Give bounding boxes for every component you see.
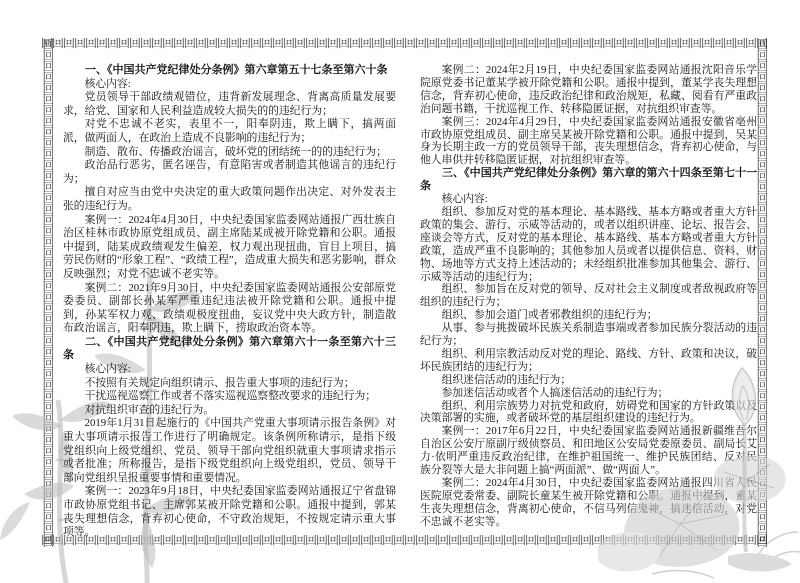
paragraph: 案例一：2024年4月30日，中央纪委国家监委网站通报广西壮族自治区桂林市政协原…: [63, 214, 396, 282]
paragraph: 案例三：2024年4月29日，中央纪委国家监委网站通报安徽省亳州市政协原党组成员…: [420, 116, 757, 168]
border-left-strip: 回回回回回回回回回回回回回回回回回回回回回回回回回回回回回回回回回回回回回回回回…: [41, 38, 53, 547]
paragraph: 组织迷信活动的违纪行为；: [420, 374, 757, 387]
paragraph: 核心内容:: [420, 193, 757, 206]
paragraph: 对党不忠诚不老实，表里不一，阳奉阴违，欺上瞒下，搞两面派，做两面人，在政治上造成…: [63, 118, 396, 145]
text-column-right: 案例二：2024年2月19日，中央纪委国家监委网站通报沈阳音乐学院原党委书记董某…: [420, 64, 757, 529]
paragraph: 组织、参加会道门或者邪教组织的违纪行为；: [420, 309, 757, 322]
paragraph: 组织、参加旨在反对党的领导、反对社会主义制度或者敌视政府等组织的违纪行为；: [420, 283, 757, 309]
paragraph: 核心内容:: [63, 78, 396, 92]
paragraph: 擅自对应当由党中央决定的重大政策问题作出决定、对外发表主张的违纪行为。: [63, 186, 396, 213]
paragraph: 案例二：2024年4月30日，中央纪委国家监委网站通报四川省人民医院原党委常委、…: [420, 477, 757, 529]
paragraph: 党员领导干部政绩观错位，违背新发展理念、背离高质量发展要求，给党、国家和人民利益…: [63, 91, 396, 118]
paragraph: 干扰巡视巡察工作或者不落实巡视巡察整改要求的违纪行为；: [63, 390, 396, 404]
section-heading: 三、《中国共产党纪律处分条例》第六章的第六十四条至第七十一条: [420, 167, 757, 193]
paragraph: 不按照有关规定向组织请示、报告重大事项的违纪行为；: [63, 377, 396, 391]
paragraph: 对抗组织审查的违纪行为。: [63, 404, 396, 418]
paragraph: 政治品行恶劣，匿名诬告，有意陷害或者制造其他谣言的违纪行为；: [63, 159, 396, 186]
paragraph: 核心内容:: [63, 363, 396, 377]
paragraph: 组织、利用宗族势力对抗党和政府，妨碍党和国家的方针政策以及决策部署的实施，或者破…: [420, 400, 757, 426]
paragraph: 参加迷信活动或者个人搞迷信活动的违纪行为；: [420, 387, 757, 400]
paragraph: 2019年1月31日起施行的《中国共产党重大事项请示报告条例》对重大事项请示报告…: [63, 417, 396, 485]
paragraph: 案例一：2023年9月18日，中央纪委国家监委网站通报辽宁省盘锦市政协原党组书记…: [63, 485, 396, 539]
paragraph: 案例二：2021年9月30日，中央纪委国家监委网站通报公安部原党委委员、副部长孙…: [63, 282, 396, 336]
text-column-left: 一、《中国共产党纪律处分条例》第六章第五十七条至第六十条核心内容:党员领导干部政…: [63, 64, 396, 540]
paragraph: 案例二：2024年2月19日，中央纪委国家监委网站通报沈阳音乐学院原党委书记董某…: [420, 64, 757, 116]
border-top-strip: 回回回回回回回回回回回回回回回回回回回回回回回回回回回回回回回回回回回回回回回回…: [41, 38, 767, 50]
paragraph: 组织、参加反对党的基本理论、基本路线、基本方略或者重大方针政策的集会、游行、示威…: [420, 206, 757, 283]
paragraph: 从事、参与挑拨破坏民族关系制造事端或者参加民族分裂活动的违纪行为；: [420, 322, 757, 348]
section-heading: 一、《中国共产党纪律处分条例》第六章第五十七条至第六十条: [63, 64, 396, 78]
paragraph: 案例一：2017年6月22日，中央纪委国家监委网站通报新疆维吾尔自治区公安厅原副…: [420, 425, 757, 477]
paragraph: 制造、散布、传播政治谣言，破坏党的团结统一的的违纪行为；: [63, 146, 396, 160]
paragraph: 组织、利用宗教活动反对党的理论、路线、方针、政策和决议，破坏民族团结的违纪行为；: [420, 348, 757, 374]
section-heading: 二、《中国共产党纪律处分条例》第六章第六十一条至第六十三条: [63, 336, 396, 363]
